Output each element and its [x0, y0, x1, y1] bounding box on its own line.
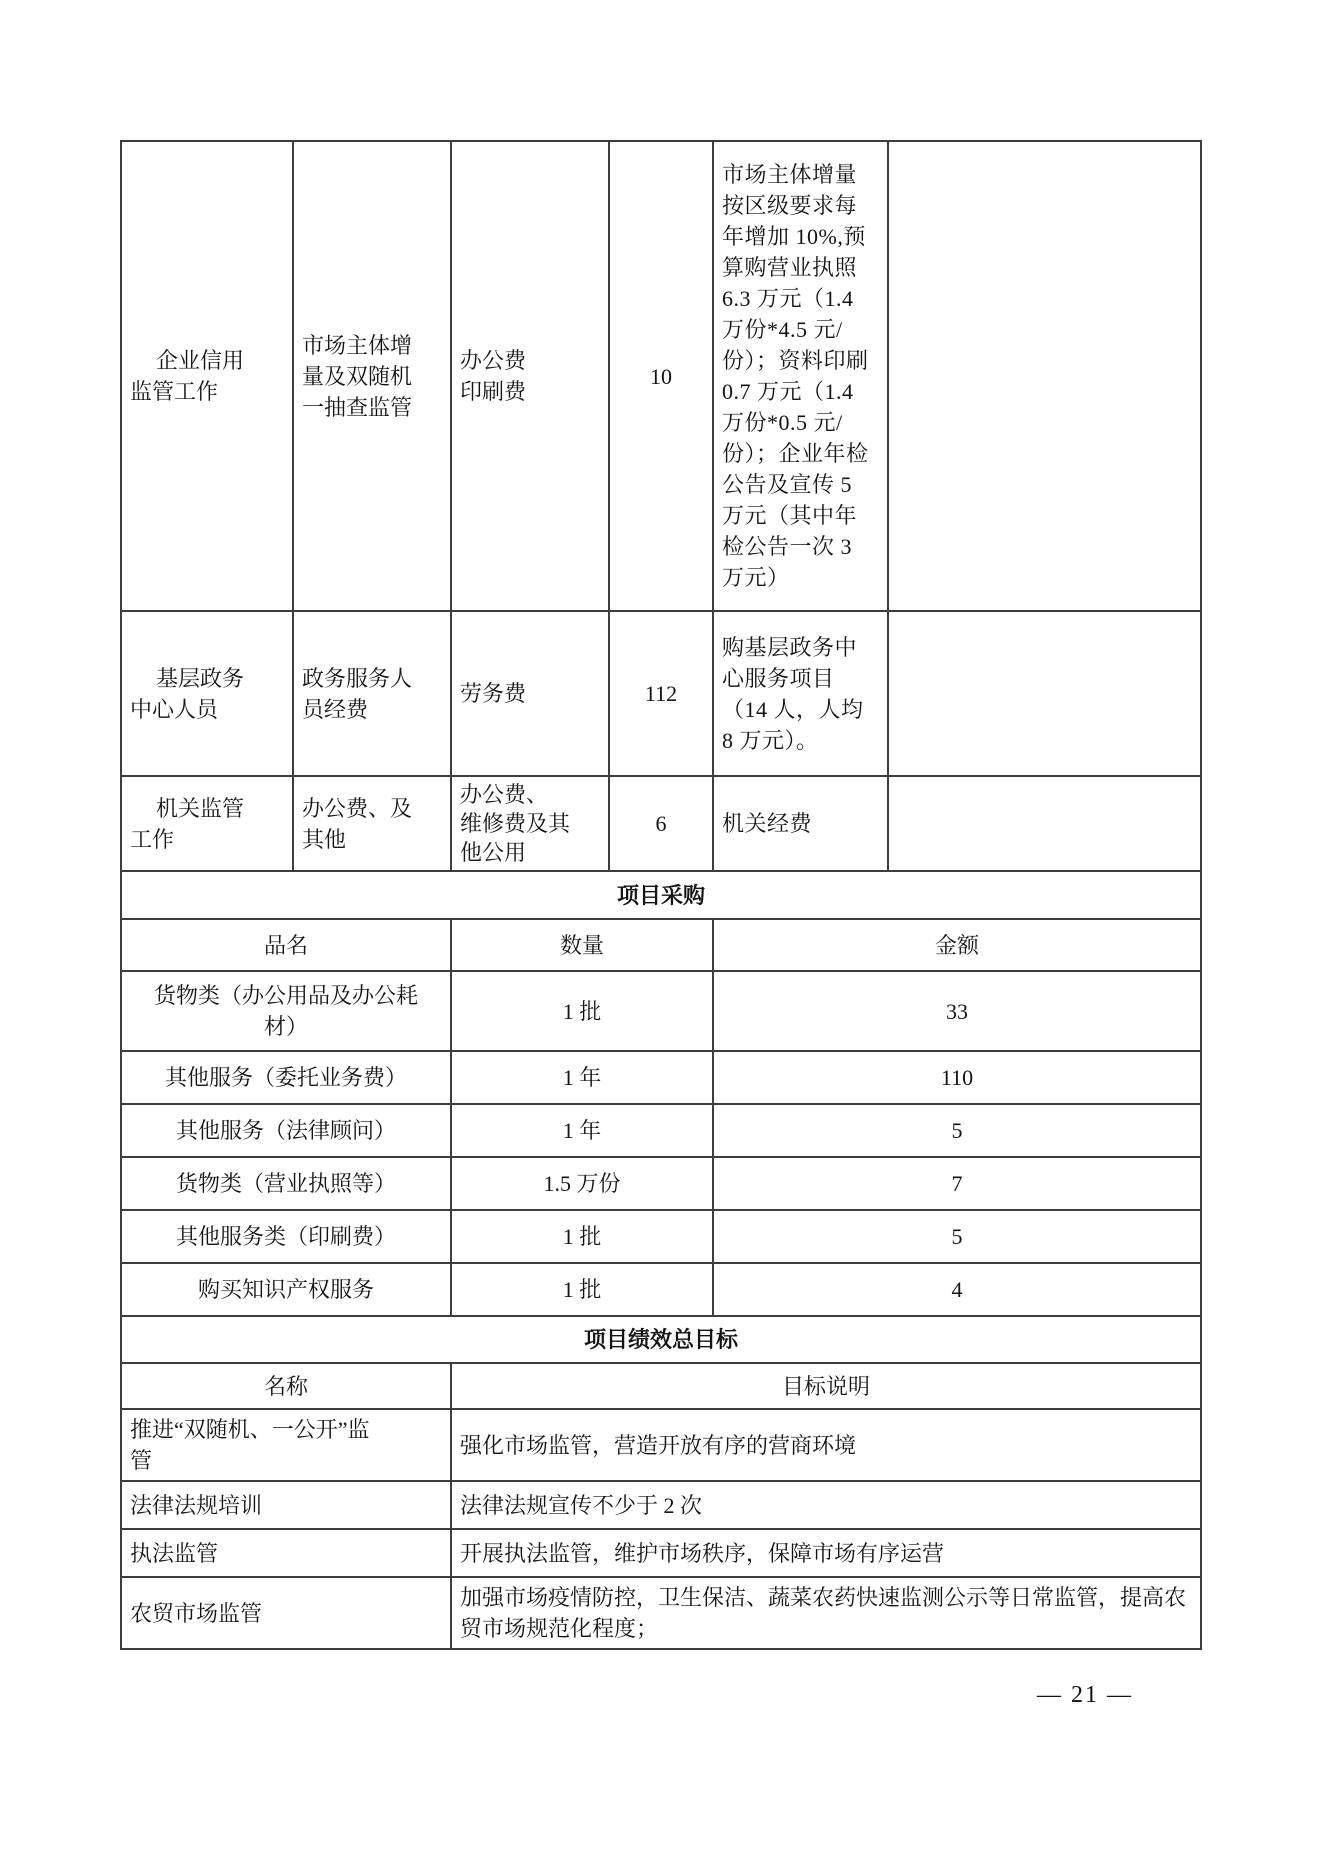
- budget-extra-cell: [888, 611, 1201, 776]
- budget-note-cell: 市场主体增量按区级要求每年增加 10%,预算购营业执照 6.3 万元（1.4 万…: [713, 141, 888, 611]
- page-number: — 21 —: [1037, 1682, 1133, 1709]
- budget-note-cell: 机关经费: [713, 776, 888, 871]
- table-row: 基层政务 中心人员 政务服务人 员经费 劳务费 112 购基层政务中心服务项目（…: [121, 611, 1201, 776]
- procurement-amount-cell: 5: [713, 1210, 1201, 1263]
- table-row: 法律法规培训 法律法规宣传不少于 2 次: [121, 1481, 1201, 1529]
- table-row: 货物类（营业执照等） 1.5 万份 7: [121, 1157, 1201, 1210]
- table-row: 执法监管 开展执法监管，维护市场秩序，保障市场有序运营: [121, 1529, 1201, 1577]
- budget-subproject-cell: 市场主体增 量及双随机 一抽查监管: [293, 141, 451, 611]
- performance-name-cell: 法律法规培训: [121, 1481, 451, 1529]
- performance-section-title: 项目绩效总目标: [121, 1316, 1201, 1363]
- procurement-name-cell: 其他服务（委托业务费）: [121, 1051, 451, 1104]
- procurement-quantity-cell: 1 年: [451, 1104, 713, 1157]
- procurement-amount-cell: 33: [713, 971, 1201, 1051]
- performance-name-cell: 推进“双随机、一公开”监 管: [121, 1409, 451, 1481]
- procurement-quantity-cell: 1 年: [451, 1051, 713, 1104]
- performance-description-cell: 开展执法监管，维护市场秩序，保障市场有序运营: [451, 1529, 1201, 1577]
- performance-description-cell: 加强市场疫情防控，卫生保洁、蔬菜农药快速监测公示等日常监管，提高农贸市场规范化程…: [451, 1577, 1201, 1649]
- table-row: 项目采购: [121, 871, 1201, 919]
- procurement-amount-cell: 4: [713, 1263, 1201, 1316]
- table-row: 企业信用 监管工作 市场主体增 量及双随机 一抽查监管 办公费 印刷费 10 市…: [121, 141, 1201, 611]
- procurement-header-name: 品名: [121, 919, 451, 971]
- performance-description-cell: 强化市场监管，营造开放有序的营商环境: [451, 1409, 1201, 1481]
- procurement-amount-cell: 5: [713, 1104, 1201, 1157]
- table-row: 货物类（办公用品及办公耗 材） 1 批 33: [121, 971, 1201, 1051]
- procurement-quantity-cell: 1 批: [451, 971, 713, 1051]
- performance-name-cell: 执法监管: [121, 1529, 451, 1577]
- performance-name-cell: 农贸市场监管: [121, 1577, 451, 1649]
- table-row: 机关监管 工作 办公费、及 其他 办公费、 维修费及其 他公用 6 机关经费: [121, 776, 1201, 871]
- budget-amount-cell: 10: [609, 141, 713, 611]
- table-row: 农贸市场监管 加强市场疫情防控，卫生保洁、蔬菜农药快速监测公示等日常监管，提高农…: [121, 1577, 1201, 1649]
- table-row: 其他服务类（印刷费） 1 批 5: [121, 1210, 1201, 1263]
- budget-expense-type-cell: 劳务费: [451, 611, 609, 776]
- table-row: 购买知识产权服务 1 批 4: [121, 1263, 1201, 1316]
- table-row: 推进“双随机、一公开”监 管 强化市场监管，营造开放有序的营商环境: [121, 1409, 1201, 1481]
- procurement-section-title: 项目采购: [121, 871, 1201, 919]
- procurement-header-amount: 金额: [713, 919, 1201, 971]
- table-row: 其他服务（委托业务费） 1 年 110: [121, 1051, 1201, 1104]
- procurement-name-cell: 购买知识产权服务: [121, 1263, 451, 1316]
- document-page: 企业信用 监管工作 市场主体增 量及双随机 一抽查监管 办公费 印刷费 10 市…: [0, 0, 1323, 1871]
- procurement-amount-cell: 7: [713, 1157, 1201, 1210]
- budget-extra-cell: [888, 776, 1201, 871]
- budget-expense-type-cell: 办公费、 维修费及其 他公用: [451, 776, 609, 871]
- budget-subproject-cell: 政务服务人 员经费: [293, 611, 451, 776]
- budget-note-cell: 购基层政务中心服务项目（14 人，人均 8 万元）。: [713, 611, 888, 776]
- performance-description-cell: 法律法规宣传不少于 2 次: [451, 1481, 1201, 1529]
- performance-header-description: 目标说明: [451, 1363, 1201, 1409]
- performance-header-name: 名称: [121, 1363, 451, 1409]
- table-row: 品名 数量 金额: [121, 919, 1201, 971]
- budget-project-cell: 企业信用 监管工作: [121, 141, 293, 611]
- procurement-name-cell: 货物类（营业执照等）: [121, 1157, 451, 1210]
- table-row: 项目绩效总目标: [121, 1316, 1201, 1363]
- table-row: 名称 目标说明: [121, 1363, 1201, 1409]
- budget-extra-cell: [888, 141, 1201, 611]
- procurement-name-cell: 货物类（办公用品及办公耗 材）: [121, 971, 451, 1051]
- budget-expense-type-cell: 办公费 印刷费: [451, 141, 609, 611]
- budget-project-cell: 基层政务 中心人员: [121, 611, 293, 776]
- procurement-amount-cell: 110: [713, 1051, 1201, 1104]
- budget-project-cell: 机关监管 工作: [121, 776, 293, 871]
- budget-subproject-cell: 办公费、及 其他: [293, 776, 451, 871]
- procurement-header-quantity: 数量: [451, 919, 713, 971]
- procurement-name-cell: 其他服务（法律顾问）: [121, 1104, 451, 1157]
- table-row: 其他服务（法律顾问） 1 年 5: [121, 1104, 1201, 1157]
- procurement-quantity-cell: 1 批: [451, 1210, 713, 1263]
- budget-performance-table: 企业信用 监管工作 市场主体增 量及双随机 一抽查监管 办公费 印刷费 10 市…: [120, 140, 1202, 1650]
- budget-amount-cell: 112: [609, 611, 713, 776]
- budget-amount-cell: 6: [609, 776, 713, 871]
- procurement-quantity-cell: 1 批: [451, 1263, 713, 1316]
- procurement-name-cell: 其他服务类（印刷费）: [121, 1210, 451, 1263]
- procurement-quantity-cell: 1.5 万份: [451, 1157, 713, 1210]
